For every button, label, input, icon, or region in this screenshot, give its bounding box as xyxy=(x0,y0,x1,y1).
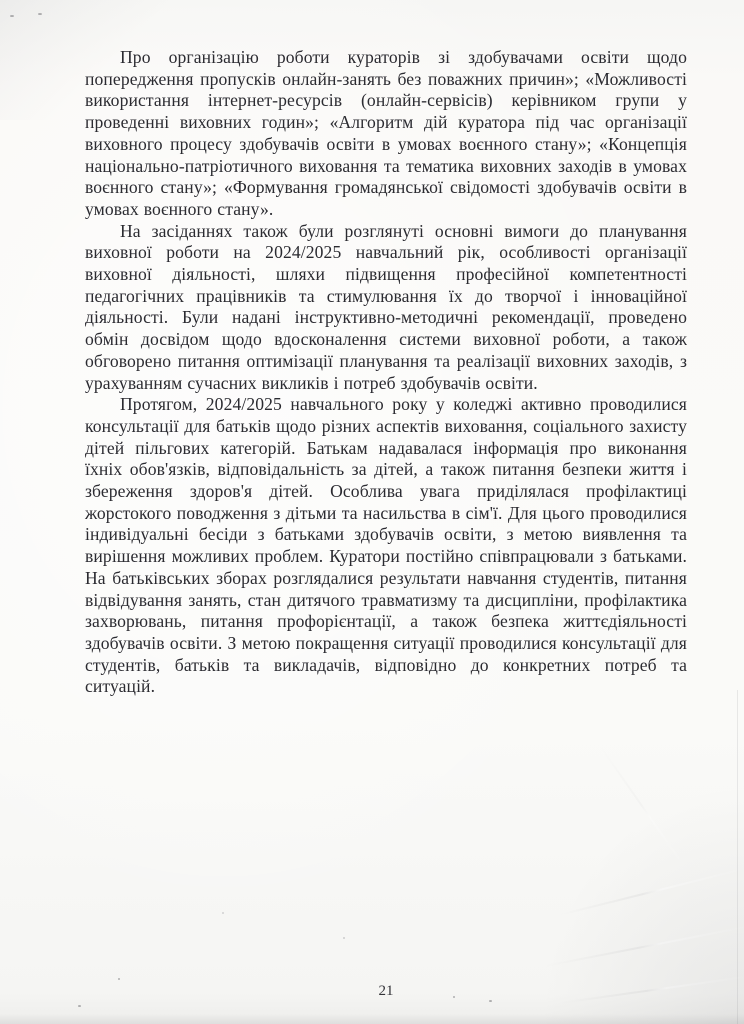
paragraph-meetings-requirements: На засіданнях також були розглянуті осно… xyxy=(85,221,687,395)
paper-crease xyxy=(599,745,692,877)
scan-speck xyxy=(118,978,120,980)
scan-speck xyxy=(489,1000,492,1002)
scan-speck xyxy=(343,937,345,939)
page-number: 21 xyxy=(85,983,687,1000)
paper-crease xyxy=(555,867,744,917)
scan-speck xyxy=(38,13,42,15)
document-text-block: Про організацію роботи кураторів зі здоб… xyxy=(85,47,687,698)
paragraph-curator-topics: Про організацію роботи кураторів зі здоб… xyxy=(85,47,687,221)
scanned-document-page: Про організацію роботи кураторів зі здоб… xyxy=(0,0,744,1024)
scan-edge-line xyxy=(737,690,738,1024)
scan-speck xyxy=(222,912,224,914)
paper-crease xyxy=(545,924,744,967)
scan-speck xyxy=(78,1005,81,1007)
scan-speck xyxy=(10,15,14,17)
scan-bottom-shadow xyxy=(0,1014,744,1024)
paragraph-parent-consultations: Протягом, 2024/2025 навчального року у к… xyxy=(85,394,687,698)
